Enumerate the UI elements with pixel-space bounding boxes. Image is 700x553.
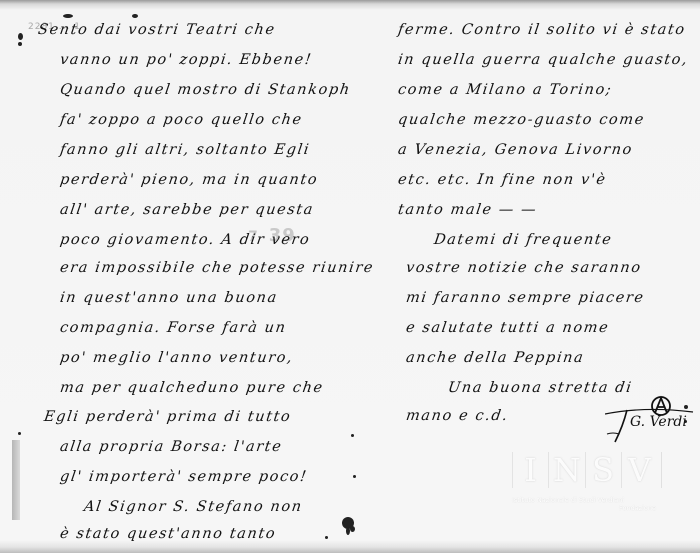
watermark-letter: V xyxy=(621,452,657,488)
handwritten-line: tanto male — — xyxy=(397,202,538,218)
handwritten-line: compagnia. Forse farà un xyxy=(59,320,288,336)
handwritten-line: Una buona stretta di xyxy=(447,380,634,396)
handwritten-line: gl' importerà' sempre poco! xyxy=(59,469,309,485)
ink-speck xyxy=(18,432,21,435)
watermark-letter: N xyxy=(548,452,584,488)
left-page: Sento dai vostri Teatri chevanno un po' … xyxy=(0,0,350,553)
ink-speck xyxy=(18,33,23,40)
watermark-institution: Istituto Nazionale di Studi Verdiani xyxy=(512,496,662,504)
handwritten-line: all' arte, sarebbe per questa xyxy=(59,202,315,218)
ink-speck xyxy=(132,14,138,18)
ink-speck xyxy=(18,42,22,46)
handwritten-line: vanno un po' zoppi. Ebbene! xyxy=(59,52,313,68)
handwritten-line: etc. etc. In fine non v'è xyxy=(397,172,608,188)
handwritten-line: fa' zoppo a poco quello che xyxy=(59,112,304,128)
handwritten-line: vostre notizie che saranno xyxy=(405,260,643,276)
watermark-logo: I N S V xyxy=(512,452,662,488)
handwritten-line: Sento dai vostri Teatri che xyxy=(37,22,277,38)
letter-scan: 2281 ... 1 739 Sento dai vostri Teatri c… xyxy=(0,0,700,553)
handwritten-line: ma per qualcheduno pure che xyxy=(59,380,325,396)
handwritten-line: mano e c.d. xyxy=(405,408,510,424)
handwritten-line: po' meglio l'anno venturo, xyxy=(59,350,295,366)
watermark-letter: S xyxy=(585,452,621,488)
handwritten-line: poco giovamento. A dir vero xyxy=(59,232,312,248)
handwritten-line: e salutate tutti a nome xyxy=(405,320,611,336)
ink-speck xyxy=(351,434,354,437)
watermark-foundation: Fondazione xyxy=(512,504,662,512)
handwritten-line: Egli perderà' prima di tutto xyxy=(43,409,293,425)
ink-speck xyxy=(63,14,73,18)
ink-speck xyxy=(325,536,328,539)
handwritten-line: anche della Peppina xyxy=(405,350,586,366)
watermark: I N S V Istituto Nazionale di Studi Verd… xyxy=(512,452,662,522)
handwritten-line: alla propria Borsa: l'arte xyxy=(59,439,284,455)
handwritten-line: in quella guerra qualche guasto, xyxy=(397,52,690,68)
ink-speck xyxy=(350,526,355,532)
handwritten-line: perderà' pieno, ma in quanto xyxy=(59,172,319,188)
handwritten-line: era impossibile che potesse riunire xyxy=(59,260,375,276)
handwritten-line: Quando quel mostro di Stankoph xyxy=(59,82,352,98)
handwritten-line: mi faranno sempre piacere xyxy=(405,290,646,306)
handwritten-line: qualche mezzo-guasto come xyxy=(397,112,646,128)
handwritten-line: Al Signor S. Stefano non xyxy=(83,499,304,515)
handwritten-line: come a Milano a Torino; xyxy=(397,82,614,98)
handwritten-line: a Venezia, Genova Livorno xyxy=(397,142,634,158)
ink-speck xyxy=(353,475,356,478)
handwritten-line: in quest'anno una buona xyxy=(59,290,279,306)
watermark-letter: I xyxy=(512,452,548,488)
handwritten-line: fanno gli altri, soltanto Egli xyxy=(59,142,311,158)
signature: G. Verdi xyxy=(630,414,687,430)
handwritten-line: è stato quest'anno tanto xyxy=(59,526,277,542)
handwritten-line: Datemi di frequente xyxy=(433,232,614,248)
handwritten-line: ferme. Contro il solito vi è stato xyxy=(397,22,687,38)
